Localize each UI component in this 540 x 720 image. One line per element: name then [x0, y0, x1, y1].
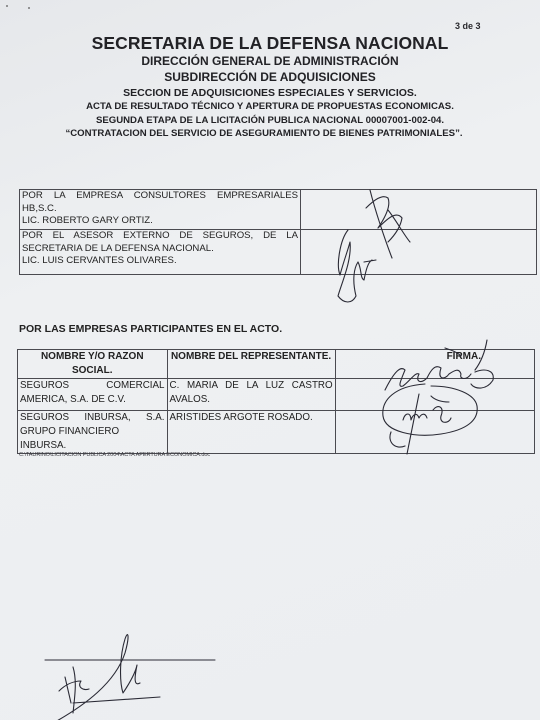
header-subdirection: SUBDIRECCIÓN DE ADQUISICIONES [0, 70, 540, 84]
signatory-cell: POR LA EMPRESA CONSULTORES EMPRESARIALES… [20, 190, 301, 230]
participants-table: NOMBRE Y/O RAZON SOCIAL. NOMBRE DEL REPR… [17, 349, 535, 454]
signature-cell [335, 379, 534, 411]
signature-scribble-bottom [25, 625, 225, 720]
signatory-org-line: POR LA EMPRESA CONSULTORES EMPRESARIALES [22, 190, 298, 203]
company-name-line: SEGUROS INBURSA, S.A. [20, 411, 165, 425]
table-row: SEGUROS COMERCIAL AMERICA, S.A. DE C.V. … [18, 379, 535, 411]
company-name-line: GRUPO FINANCIERO INBURSA. [20, 425, 165, 453]
file-path-footer: C:\TAURINO\LICITACION PUBLICA 2004\ACTA … [19, 452, 210, 458]
scan-speck [6, 5, 8, 7]
signatory-name: LIC. LUIS CERVANTES OLIVARES. [22, 255, 298, 268]
document-page: 3 de 3 SECRETARIA DE LA DEFENSA NACIONAL… [0, 0, 540, 720]
column-header-signature: FIRMA. [335, 350, 534, 379]
representative-name-line: C. MARIA DE LA LUZ CASTRO [170, 379, 333, 393]
header-title: SECRETARIA DE LA DEFENSA NACIONAL [0, 33, 540, 54]
signatory-cell: POR EL ASESOR EXTERNO DE SEGUROS, DE LA … [20, 230, 301, 275]
signatory-name: LIC. ROBERTO GARY ORTIZ. [22, 215, 298, 228]
signatories-table: POR LA EMPRESA CONSULTORES EMPRESARIALES… [19, 189, 537, 275]
company-name-line: AMERICA, S.A. DE C.V. [20, 393, 165, 407]
header-direction: DIRECCIÓN GENERAL DE ADMINISTRACIÓN [0, 54, 540, 68]
signatory-org-line: POR EL ASESOR EXTERNO DE SEGUROS, DE LA [22, 230, 298, 243]
scan-speck [28, 7, 30, 9]
representative-name-line: ARISTIDES ARGOTE ROSADO. [170, 411, 333, 425]
signature-cell [301, 230, 537, 275]
representative-name-line: AVALOS. [170, 393, 333, 407]
table-row: SEGUROS INBURSA, S.A. GRUPO FINANCIERO I… [18, 411, 535, 454]
signature-cell [301, 190, 537, 230]
signature-cell [335, 411, 534, 454]
header-stage: SEGUNDA ETAPA DE LA LICITACIÓN PUBLICA N… [0, 115, 540, 126]
representative-cell: ARISTIDES ARGOTE ROSADO. [167, 411, 335, 454]
signatory-org-line: SECRETARIA DE LA DEFENSA NACIONAL. [22, 243, 298, 256]
header-section: SECCION DE ADQUISICIONES ESPECIALES Y SE… [0, 87, 540, 99]
representative-cell: C. MARIA DE LA LUZ CASTRO AVALOS. [167, 379, 335, 411]
company-name-line: SEGUROS COMERCIAL [20, 379, 165, 393]
table-row: POR LA EMPRESA CONSULTORES EMPRESARIALES… [20, 190, 537, 230]
header-contract: “CONTRATACION DEL SERVICIO DE ASEGURAMIE… [0, 128, 534, 139]
participants-title: POR LAS EMPRESAS PARTICIPANTES EN EL ACT… [19, 323, 282, 335]
company-cell: SEGUROS COMERCIAL AMERICA, S.A. DE C.V. [18, 379, 168, 411]
page-number: 3 de 3 [455, 21, 481, 31]
header-act: ACTA DE RESULTADO TÉCNICO Y APERTURA DE … [0, 101, 540, 112]
signatory-org-line: HB,S.C. [22, 203, 298, 216]
table-header-row: NOMBRE Y/O RAZON SOCIAL. NOMBRE DEL REPR… [18, 350, 535, 379]
company-cell: SEGUROS INBURSA, S.A. GRUPO FINANCIERO I… [18, 411, 168, 454]
column-header-company: NOMBRE Y/O RAZON SOCIAL. [18, 350, 168, 379]
column-header-representative: NOMBRE DEL REPRESENTANTE. [167, 350, 335, 379]
table-row: POR EL ASESOR EXTERNO DE SEGUROS, DE LA … [20, 230, 537, 275]
